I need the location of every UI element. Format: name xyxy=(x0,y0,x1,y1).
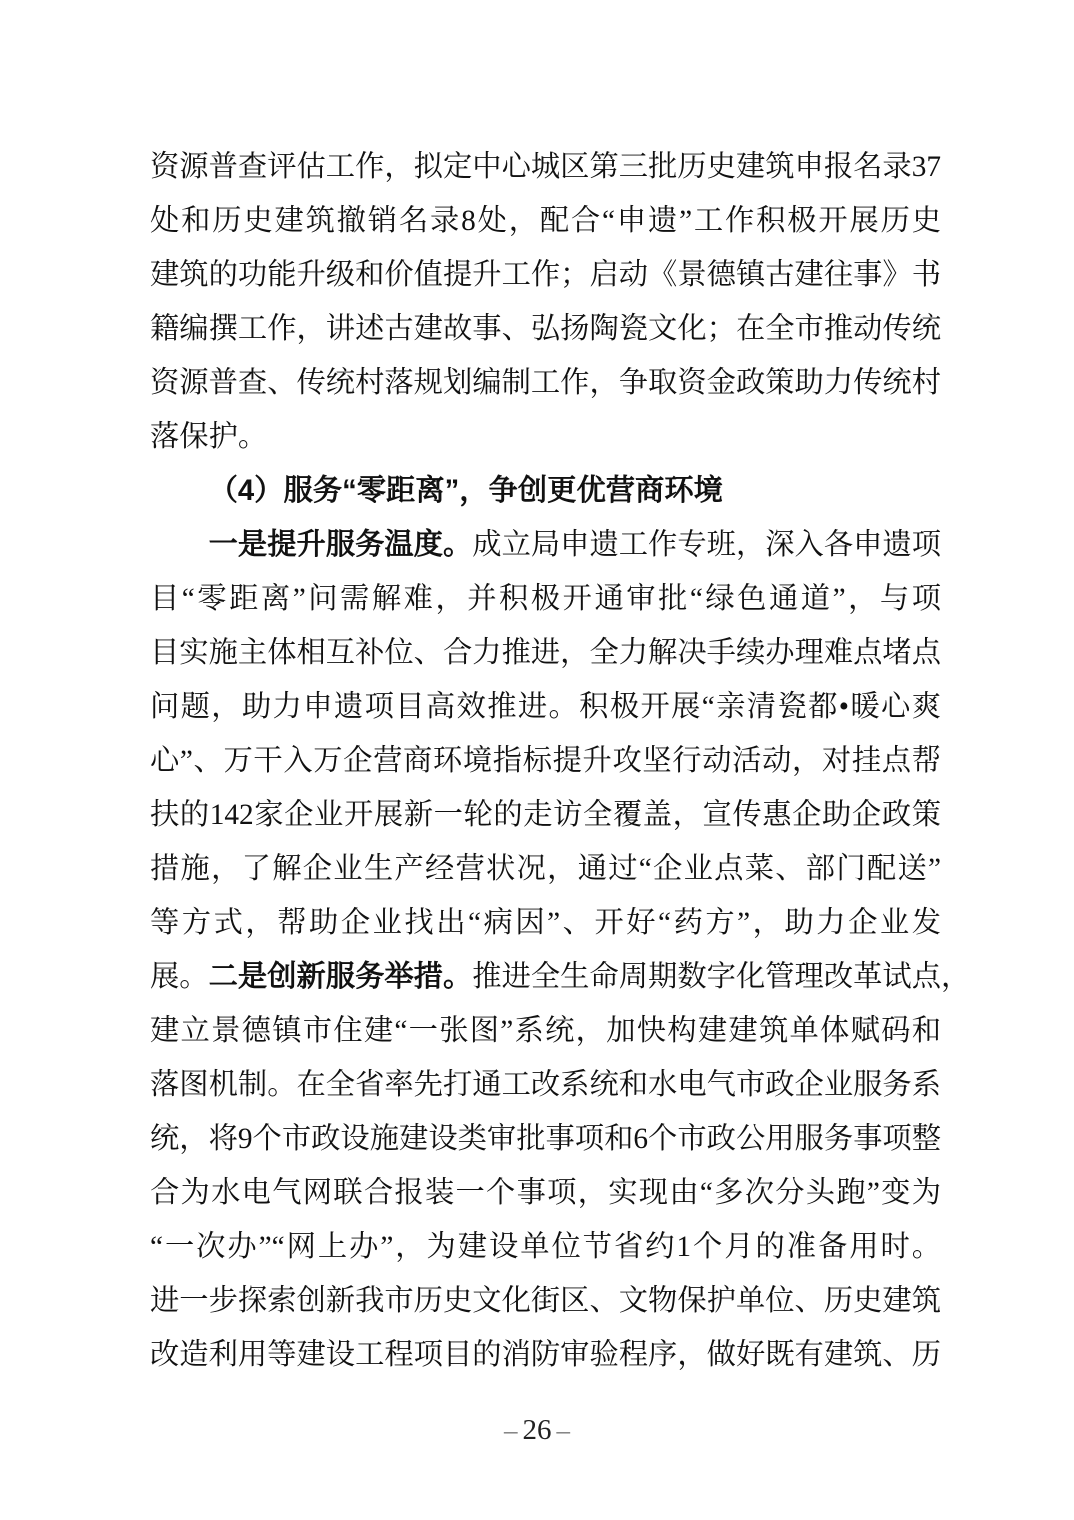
text-line: 资源普查评估工作，拟定中心城区第三批历史建筑申报名录37 xyxy=(150,140,941,194)
page-number-dash-left: – xyxy=(499,1415,523,1445)
text-line: 改造利用等建设工程项目的消防审验程序，做好既有建筑、历 xyxy=(150,1328,941,1382)
page-number-dash-right: – xyxy=(552,1415,576,1445)
text-line: （4）服务“零距离”，争创更优营商环境 xyxy=(150,464,941,518)
text-run: 籍编撰工作，讲述古建故事、弘扬陶瓷文化；在全市推动传统 xyxy=(150,313,941,345)
text-line: 等方式，帮助企业找出“病因”、开好“药方”，助力企业发 xyxy=(150,896,941,950)
text-run: 建筑的功能升级和价值提升工作；启动《景德镇古建往事》书 xyxy=(150,259,941,291)
text-line: 落图机制。在全省率先打通工改系统和水电气市政企业服务系 xyxy=(150,1058,941,1112)
text-line: 籍编撰工作，讲述古建故事、弘扬陶瓷文化；在全市推动传统 xyxy=(150,302,941,356)
text-run: 目“零距离”问需解难，并积极开通审批“绿色通道”，与项 xyxy=(150,583,941,615)
text-run: 落图机制。在全省率先打通工改系统和水电气市政企业服务系 xyxy=(150,1069,941,1101)
text-run: 进一步探索创新我市历史文化街区、文物保护单位、历史建筑 xyxy=(150,1285,941,1317)
text-line: “一次办”“网上办”，为建设单位节省约1个月的准备用时。 xyxy=(150,1220,941,1274)
text-line: 建立景德镇市住建“一张图”系统，加快构建建筑单体赋码和 xyxy=(150,1004,941,1058)
text-line: 合为水电气网联合报装一个事项，实现由“多次分头跑”变为 xyxy=(150,1166,941,1220)
text-line: 措施，了解企业生产经营状况，通过“企业点菜、部门配送” xyxy=(150,842,941,896)
text-run: 合为水电气网联合报装一个事项，实现由“多次分头跑”变为 xyxy=(150,1177,941,1209)
text-line: 进一步探索创新我市历史文化街区、文物保护单位、历史建筑 xyxy=(150,1274,941,1328)
text-line: 扶的142家企业开展新一轮的走访全覆盖，宣传惠企助企政策 xyxy=(150,788,941,842)
text-line: 处和历史建筑撤销名录8处，配合“申遗”工作积极开展历史 xyxy=(150,194,941,248)
bold-text-run: （4）服务“零距离”，争创更优营商环境 xyxy=(209,474,723,507)
text-line: 目“零距离”问需解难，并积极开通审批“绿色通道”，与项 xyxy=(150,572,941,626)
text-line: 统，将9个市政设施建设类审批事项和6个市政公用服务事项整 xyxy=(150,1112,941,1166)
text-line: 建筑的功能升级和价值提升工作；启动《景德镇古建往事》书 xyxy=(150,248,941,302)
page-footer: –26– xyxy=(0,1408,1074,1452)
text-run: 措施，了解企业生产经营状况，通过“企业点菜、部门配送” xyxy=(150,853,941,885)
text-line: 资源普查、传统村落规划编制工作，争取资金政策助力传统村 xyxy=(150,356,941,410)
text-run: 等方式，帮助企业找出“病因”、开好“药方”，助力企业发 xyxy=(150,907,941,939)
bold-text-run: 二是创新服务举措。 xyxy=(209,960,473,993)
text-line: 展。二是创新服务举措。推进全生命周期数字化管理改革试点， xyxy=(150,950,941,1004)
text-run: 落保护。 xyxy=(150,421,267,453)
text-run: 目实施主体相互补位、合力推进，全力解决手续办理难点堵点 xyxy=(150,637,941,669)
text-run: 建立景德镇市住建“一张图”系统，加快构建建筑单体赋码和 xyxy=(150,1015,941,1047)
text-line: 心”、万干入万企营商环境指标提升攻坚行动活动，对挂点帮 xyxy=(150,734,941,788)
text-run: 推进全生命周期数字化管理改革试点， xyxy=(472,961,970,993)
text-line: 落保护。 xyxy=(150,410,941,464)
text-run: 处和历史建筑撤销名录8处，配合“申遗”工作积极开展历史 xyxy=(150,205,941,237)
document-page: 资源普查评估工作，拟定中心城区第三批历史建筑申报名录37处和历史建筑撤销名录8处… xyxy=(0,0,1074,1520)
text-run: “一次办”“网上办”，为建设单位节省约1个月的准备用时。 xyxy=(150,1231,941,1263)
text-run: 成立局申遗工作专班，深入各申遗项 xyxy=(472,529,941,561)
text-run: 扶的142家企业开展新一轮的走访全覆盖，宣传惠企助企政策 xyxy=(150,799,941,831)
document-lines: 资源普查评估工作，拟定中心城区第三批历史建筑申报名录37处和历史建筑撤销名录8处… xyxy=(150,140,941,1382)
text-line: 问题，助力申遗项目高效推进。积极开展“亲清瓷都•暖心爽 xyxy=(150,680,941,734)
text-run: 问题，助力申遗项目高效推进。积极开展“亲清瓷都•暖心爽 xyxy=(150,691,941,723)
text-line: 一是提升服务温度。成立局申遗工作专班，深入各申遗项 xyxy=(150,518,941,572)
text-run: 资源普查评估工作，拟定中心城区第三批历史建筑申报名录37 xyxy=(150,151,941,183)
bold-text-run: 一是提升服务温度。 xyxy=(209,528,473,561)
text-line: 目实施主体相互补位、合力推进，全力解决手续办理难点堵点 xyxy=(150,626,941,680)
text-run: 统，将9个市政设施建设类审批事项和6个市政公用服务事项整 xyxy=(150,1123,941,1155)
text-run: 心”、万干入万企营商环境指标提升攻坚行动活动，对挂点帮 xyxy=(150,745,941,777)
text-run: 改造利用等建设工程项目的消防审验程序，做好既有建筑、历 xyxy=(150,1339,941,1371)
text-run: 展。 xyxy=(150,961,209,993)
page-number-value: 26 xyxy=(523,1414,552,1446)
text-run: 资源普查、传统村落规划编制工作，争取资金政策助力传统村 xyxy=(150,367,941,399)
